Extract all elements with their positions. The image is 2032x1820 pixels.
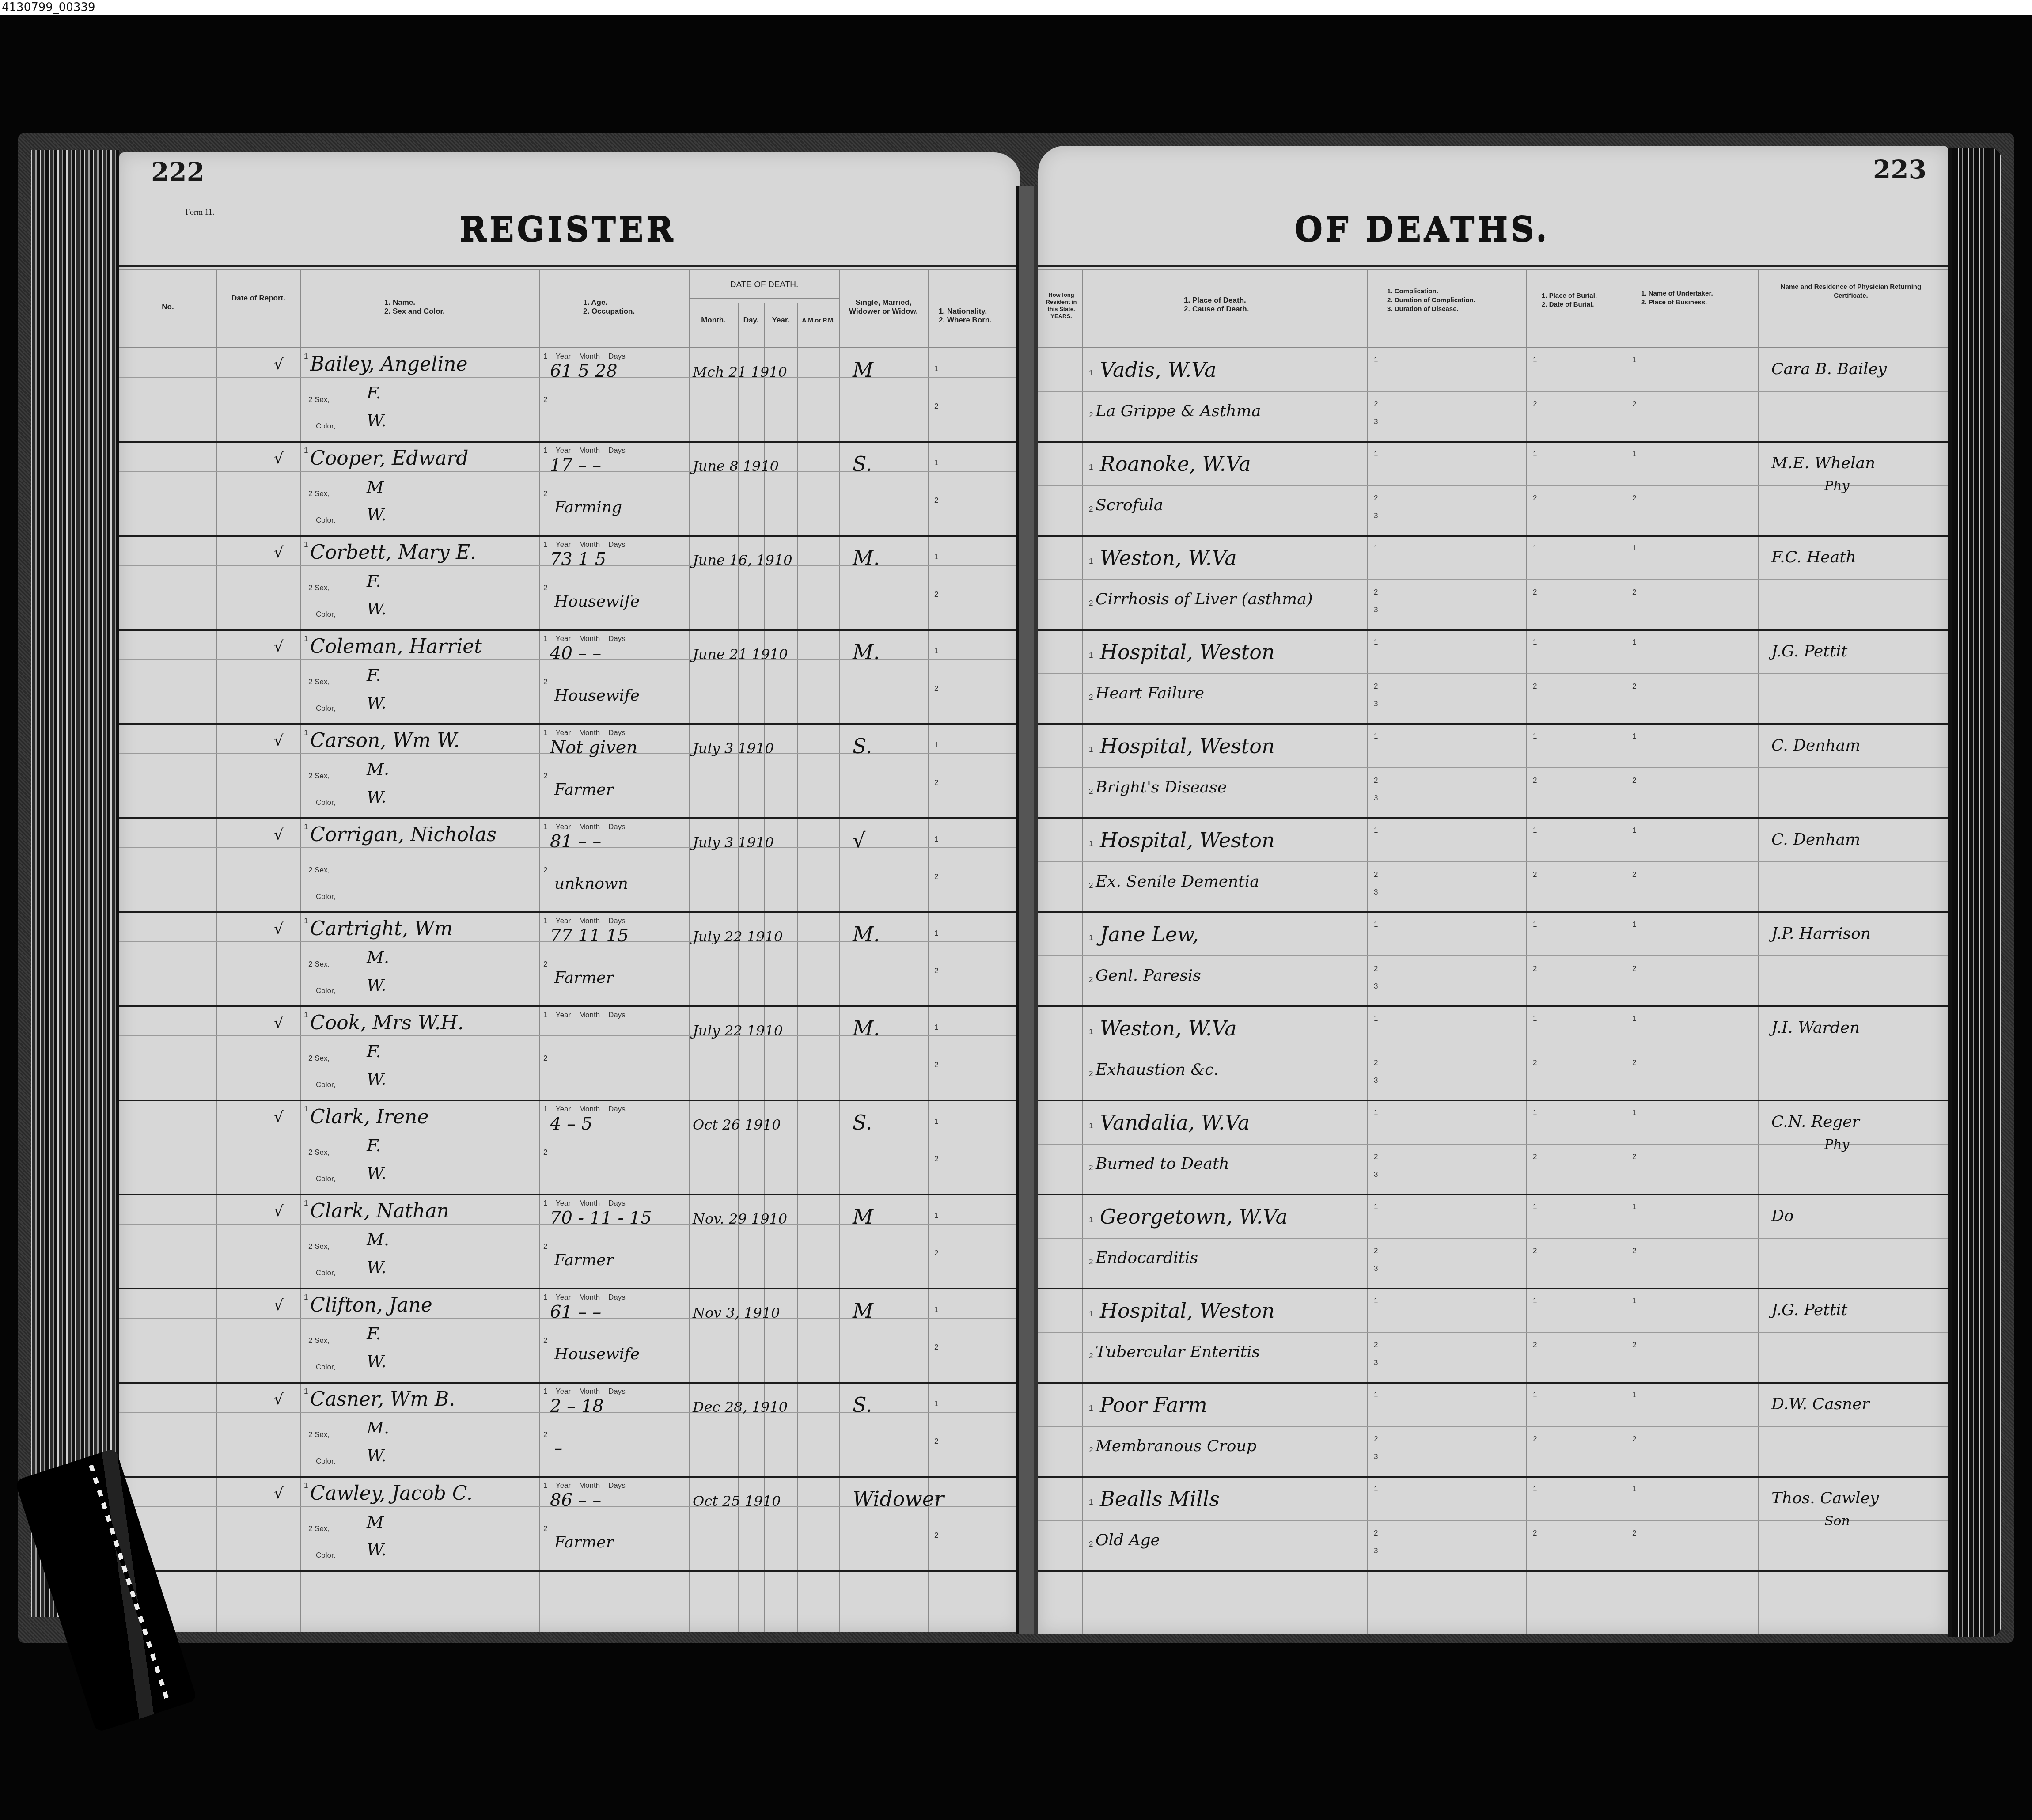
check-mark: √ — [274, 1391, 284, 1408]
complication-line-2: 2 — [1374, 494, 1378, 503]
complication-line-3: 3 — [1374, 606, 1378, 614]
age-units-label: 1 Year Month Days — [543, 728, 626, 737]
line-1-label: 1 — [1089, 745, 1093, 754]
nationality-line-1: 1 — [934, 459, 938, 467]
line-2-label: 2 — [543, 1524, 547, 1533]
death-date-value: Oct 25 1910 — [693, 1493, 781, 1509]
marital-status-value: M. — [853, 1016, 880, 1040]
physician-note-value: Son — [1824, 1513, 1850, 1529]
color-label: Color, — [316, 1457, 335, 1466]
nationality-line-2: 2 — [934, 778, 938, 787]
nationality-line-1: 1 — [934, 1305, 938, 1314]
line-1-label: 1 — [1089, 1310, 1093, 1319]
row-subline — [1038, 767, 1948, 768]
row-subline — [1038, 485, 1948, 486]
physician-name-value: J.I. Warden — [1771, 1019, 1860, 1037]
row-subline — [1038, 1332, 1948, 1333]
complication-line-2: 2 — [1374, 1058, 1378, 1067]
line-2-label: 2 — [1089, 975, 1093, 984]
image-caption: 4130799_00339 — [0, 0, 2032, 15]
complication-line-2: 2 — [1374, 682, 1378, 691]
undertaker-line-1: 1 — [1632, 1297, 1636, 1305]
line-1-label: 1 — [304, 917, 308, 925]
header-residence: How long Resident in this State. YEARS. — [1040, 292, 1082, 320]
check-mark: √ — [274, 1202, 284, 1220]
place-of-death-value: Georgetown, W.Va — [1100, 1205, 1288, 1228]
table-row: √ 1 Corrigan, Nicholas 2 Sex, Color, 1 Y… — [119, 817, 1020, 913]
nationality-line-2: 2 — [934, 496, 938, 505]
color-value: W. — [367, 975, 387, 995]
place-of-death-value: Weston, W.Va — [1100, 546, 1237, 570]
undertaker-line-1: 1 — [1632, 732, 1636, 741]
occupation-value: Housewife — [554, 686, 640, 705]
physician-name-value: J.G. Pettit — [1771, 642, 1847, 660]
nationality-line-2: 2 — [934, 1061, 938, 1069]
undertaker-line-2: 2 — [1632, 400, 1636, 409]
burial-line-1: 1 — [1533, 638, 1537, 647]
sex-value: M — [367, 477, 384, 497]
table-row: √ 1 Clark, Nathan 2 Sex, M. Color, W. 1 … — [119, 1194, 1020, 1289]
undertaker-line-1: 1 — [1632, 1391, 1636, 1399]
line-2-label: 2 — [543, 1430, 547, 1439]
burial-line-1: 1 — [1533, 920, 1537, 929]
place-of-death-value: Hospital, Weston — [1100, 1299, 1275, 1323]
complication-line-2: 2 — [1374, 588, 1378, 597]
undertaker-line-1: 1 — [1632, 1202, 1636, 1211]
line-2-label: 2 — [543, 772, 547, 781]
color-value: W. — [367, 787, 387, 807]
row-subline — [1038, 673, 1948, 674]
age-units-label: 1 Year Month Days — [543, 823, 626, 831]
check-mark: √ — [274, 1108, 284, 1126]
complication-line-2: 2 — [1374, 870, 1378, 879]
line-2-label: 2 — [543, 1242, 547, 1251]
age-units-label: 1 Year Month Days — [543, 1481, 626, 1490]
table-row: 1 Jane Lew, 2 Genl. Paresis 1 2 3 1 2 1 … — [1038, 911, 1948, 1007]
burial-line-1: 1 — [1533, 1108, 1537, 1117]
date-of-death-subrule — [689, 298, 839, 299]
complication-line-1: 1 — [1374, 1014, 1378, 1023]
table-row: 1 Georgetown, W.Va 2 Endocarditis 1 2 3 … — [1038, 1194, 1948, 1289]
line-2-label: 2 — [543, 1336, 547, 1345]
complication-line-1: 1 — [1374, 1485, 1378, 1494]
row-subline — [119, 1035, 1020, 1036]
place-of-death-value: Vadis, W.Va — [1100, 358, 1217, 382]
color-value: W. — [367, 1258, 387, 1277]
burial-line-2: 2 — [1533, 964, 1537, 973]
line-2-label: 2 — [1089, 1258, 1093, 1266]
color-value: W. — [367, 1540, 387, 1559]
line-1-label: 1 — [1089, 463, 1093, 472]
undertaker-line-2: 2 — [1632, 1341, 1636, 1350]
marital-status-value: S. — [853, 1111, 872, 1134]
age-units-label: 1 Year Month Days — [543, 1011, 626, 1020]
burial-line-2: 2 — [1533, 1435, 1537, 1444]
check-mark: √ — [274, 1485, 284, 1502]
table-row: 1 Vandalia, W.Va 2 Burned to Death 1 2 3… — [1038, 1100, 1948, 1195]
marital-status-value: M — [853, 1299, 873, 1323]
deceased-name: Cooper, Edward — [310, 447, 468, 470]
nationality-line-2: 2 — [934, 590, 938, 599]
complication-line-3: 3 — [1374, 1170, 1378, 1179]
complication-line-3: 3 — [1374, 417, 1378, 426]
physician-note-value: Phy — [1824, 1137, 1849, 1153]
table-row: 1 Hospital, Weston 2 Ex. Senile Dementia… — [1038, 817, 1948, 913]
physician-note-value: Phy — [1824, 478, 1849, 494]
nationality-line-1: 1 — [934, 835, 938, 844]
physician-name-value: M.E. Whelan — [1771, 454, 1875, 472]
age-value: 70 - 11 - 15 — [550, 1208, 652, 1228]
color-label: Color, — [316, 1363, 335, 1372]
line-2-label: 2 — [543, 678, 547, 686]
age-value: 81 – – — [550, 831, 601, 852]
marital-status-value: M — [853, 358, 873, 382]
color-label: Color, — [316, 1269, 335, 1278]
death-date-value: July 22 1910 — [693, 1022, 783, 1039]
color-value: W. — [367, 1164, 387, 1183]
age-value: 77 11 15 — [550, 925, 629, 946]
burial-line-2: 2 — [1533, 682, 1537, 691]
undertaker-line-1: 1 — [1632, 356, 1636, 364]
burial-line-2: 2 — [1533, 588, 1537, 597]
marital-status-value: M. — [853, 546, 880, 570]
cause-of-death-value: La Grippe & Asthma — [1096, 402, 1261, 420]
burial-line-2: 2 — [1533, 494, 1537, 503]
complication-line-3: 3 — [1374, 1264, 1378, 1273]
cause-of-death-value: Exhaustion &c. — [1096, 1061, 1219, 1079]
complication-line-3: 3 — [1374, 982, 1378, 991]
line-1-label: 1 — [304, 1105, 308, 1114]
burial-line-2: 2 — [1533, 1153, 1537, 1161]
color-label: Color, — [316, 704, 335, 713]
line-1-label: 1 — [304, 1481, 308, 1490]
cause-of-death-value: Scrofula — [1096, 496, 1163, 514]
physician-name-value: J.G. Pettit — [1771, 1301, 1847, 1319]
row-subline — [1038, 861, 1948, 862]
deceased-name: Casner, Wm B. — [310, 1388, 455, 1410]
nationality-line-2: 2 — [934, 872, 938, 881]
line-1-label: 1 — [304, 1387, 308, 1396]
row-subline — [1038, 579, 1948, 580]
line-2-label: 2 — [1089, 411, 1093, 420]
page-stack-left — [31, 150, 119, 1617]
deceased-name: Cawley, Jacob C. — [310, 1482, 473, 1505]
complication-line-2: 2 — [1374, 1341, 1378, 1350]
undertaker-line-1: 1 — [1632, 1014, 1636, 1023]
header-undertaker: 1. Name of Undertaker. 2. Place of Busin… — [1641, 289, 1756, 307]
burial-line-2: 2 — [1533, 400, 1537, 409]
place-of-death-value: Hospital, Weston — [1100, 640, 1275, 664]
death-date-value: Dec 28, 1910 — [693, 1399, 788, 1415]
color-value: W. — [367, 1069, 387, 1089]
physician-name-value: C. Denham — [1771, 736, 1860, 755]
table-row: 1 Roanoke, W.Va 2 Scrofula 1 2 3 1 2 1 2… — [1038, 441, 1948, 537]
complication-line-2: 2 — [1374, 1435, 1378, 1444]
row-subline — [1038, 391, 1948, 392]
line-2-label: 2 — [543, 489, 547, 498]
burial-line-1: 1 — [1533, 732, 1537, 741]
marital-status-value: √ — [853, 828, 865, 852]
burial-line-2: 2 — [1533, 776, 1537, 785]
death-date-value: June 16, 1910 — [693, 552, 792, 569]
sex-value: F. — [367, 571, 381, 591]
death-date-value: June 21 1910 — [693, 646, 788, 663]
header-ampm: A.M.or P.M. — [797, 316, 839, 325]
complication-line-1: 1 — [1374, 1202, 1378, 1211]
burial-line-1: 1 — [1533, 544, 1537, 553]
nationality-line-1: 1 — [934, 1399, 938, 1408]
line-2-label: 2 — [543, 866, 547, 875]
color-value: W. — [367, 693, 387, 713]
complication-line-1: 1 — [1374, 732, 1378, 741]
undertaker-line-1: 1 — [1632, 1108, 1636, 1117]
death-date-value: June 8 1910 — [693, 458, 779, 474]
line-1-label: 1 — [304, 1011, 308, 1020]
occupation-value: Farmer — [554, 1533, 614, 1551]
sex-label: 2 Sex, — [308, 1054, 330, 1063]
marital-status-value: S. — [853, 1393, 872, 1417]
row-subline — [1038, 1520, 1948, 1521]
line-1-label: 1 — [1089, 839, 1093, 848]
undertaker-line-2: 2 — [1632, 494, 1636, 503]
undertaker-line-2: 2 — [1632, 776, 1636, 785]
undertaker-line-2: 2 — [1632, 1435, 1636, 1444]
complication-line-2: 2 — [1374, 1247, 1378, 1255]
age-units-label: 1 Year Month Days — [543, 1105, 626, 1114]
sex-label: 2 Sex, — [308, 1336, 330, 1345]
cause-of-death-value: Genl. Paresis — [1096, 967, 1201, 985]
sex-value: M — [367, 1512, 384, 1532]
complication-line-3: 3 — [1374, 1452, 1378, 1461]
death-date-value: Nov. 29 1910 — [693, 1210, 787, 1227]
complication-line-1: 1 — [1374, 450, 1378, 459]
line-1-label: 1 — [1089, 1028, 1093, 1036]
right-page: 223 OF DEATHS. How long Resident in this… — [1038, 146, 1948, 1634]
row-subline — [1038, 1426, 1948, 1427]
complication-line-3: 3 — [1374, 1547, 1378, 1555]
age-units-label: 1 Year Month Days — [543, 1387, 626, 1396]
sex-label: 2 Sex, — [308, 772, 330, 781]
burial-line-1: 1 — [1533, 1391, 1537, 1399]
death-date-value: July 3 1910 — [693, 740, 774, 757]
place-of-death-value: Weston, W.Va — [1100, 1016, 1237, 1040]
page-number-left: 222 — [151, 157, 205, 187]
complication-line-1: 1 — [1374, 356, 1378, 364]
sex-value: M. — [367, 1230, 389, 1249]
table-row: √ 1 Casner, Wm B. 2 Sex, M. Color, W. 1 … — [119, 1382, 1020, 1478]
age-value: 86 – – — [550, 1490, 601, 1510]
deceased-name: Clark, Nathan — [310, 1200, 449, 1222]
table-row: 1 Hospital, Weston 2 Heart Failure 1 2 3… — [1038, 629, 1948, 725]
header-month: Month. — [689, 316, 738, 325]
physician-name-value: F.C. Heath — [1771, 548, 1856, 566]
undertaker-line-2: 2 — [1632, 682, 1636, 691]
undertaker-line-2: 2 — [1632, 1058, 1636, 1067]
line-1-label: 1 — [1089, 933, 1093, 942]
physician-name-value: Cara B. Bailey — [1771, 360, 1887, 378]
sex-label: 2 Sex, — [308, 866, 330, 875]
page-title-right: OF DEATHS. — [1294, 210, 1550, 248]
nationality-line-1: 1 — [934, 1023, 938, 1032]
line-2-label: 2 — [1089, 1446, 1093, 1455]
age-value: 17 – – — [550, 455, 601, 475]
color-value: W. — [367, 599, 387, 618]
deceased-name: Clark, Irene — [310, 1106, 428, 1128]
table-row: √ 1 Cooper, Edward 2 Sex, M Color, W. 1 … — [119, 441, 1020, 537]
sex-label: 2 Sex, — [308, 1524, 330, 1533]
color-label: Color, — [316, 516, 335, 525]
table-row: 1 Hospital, Weston 2 Tubercular Enteriti… — [1038, 1288, 1948, 1384]
header-marital: Single, Married, Widower or Widow. — [844, 298, 923, 316]
sex-label: 2 Sex, — [308, 1242, 330, 1251]
check-mark: √ — [274, 1014, 284, 1032]
complication-line-1: 1 — [1374, 1391, 1378, 1399]
nationality-line-2: 2 — [934, 402, 938, 411]
occupation-value: unknown — [554, 875, 628, 893]
line-1-label: 1 — [304, 1199, 308, 1208]
table-row: 1 Weston, W.Va 2 Exhaustion &c. 1 2 3 1 … — [1038, 1005, 1948, 1101]
check-mark: √ — [274, 826, 284, 844]
check-mark: √ — [274, 920, 284, 938]
check-mark: √ — [274, 638, 284, 656]
line-2-label: 2 — [1089, 1540, 1093, 1549]
header-date-of-report: Date of Report. — [225, 294, 292, 303]
age-value: 40 – – — [550, 643, 601, 664]
line-2-label: 2 — [543, 1054, 547, 1063]
header-name: 1. Name. 2. Sex and Color. — [384, 298, 517, 316]
nationality-line-2: 2 — [934, 684, 938, 693]
table-row: √ 1 Corbett, Mary E. 2 Sex, F. Color, W.… — [119, 535, 1020, 631]
undertaker-line-1: 1 — [1632, 638, 1636, 647]
complication-line-2: 2 — [1374, 400, 1378, 409]
line-1-label: 1 — [1089, 369, 1093, 378]
cause-of-death-value: Membranous Croup — [1096, 1437, 1257, 1455]
row-subline — [1038, 1238, 1948, 1239]
death-date-value: Oct 26 1910 — [693, 1116, 781, 1133]
check-mark: √ — [274, 544, 284, 561]
cause-of-death-value: Heart Failure — [1096, 684, 1204, 702]
deceased-name: Corbett, Mary E. — [310, 541, 476, 564]
line-2-label: 2 — [1089, 599, 1093, 608]
complication-line-2: 2 — [1374, 1153, 1378, 1161]
burial-line-1: 1 — [1533, 450, 1537, 459]
line-1-label: 1 — [304, 352, 308, 361]
undertaker-line-1: 1 — [1632, 544, 1636, 553]
left-page: 222 Form 11. REGISTER No. Date of Report… — [119, 152, 1020, 1632]
sex-value: M. — [367, 759, 389, 779]
occupation-value: Farmer — [554, 781, 614, 799]
color-label: Color, — [316, 1175, 335, 1183]
deceased-name: Cartright, Wm — [310, 918, 453, 940]
table-row: 1 Vadis, W.Va 2 La Grippe & Asthma 1 2 3… — [1038, 347, 1948, 443]
check-mark: √ — [274, 1297, 284, 1314]
marital-status-value: Widower — [853, 1487, 944, 1511]
sex-value: F. — [367, 665, 381, 685]
age-units-label: 1 Year Month Days — [543, 1199, 626, 1208]
deceased-name: Bailey, Angeline — [310, 353, 468, 375]
row-subline — [1038, 1050, 1948, 1050]
nationality-line-2: 2 — [934, 1249, 938, 1258]
check-mark: √ — [274, 450, 284, 467]
header-burial: 1. Place of Burial. 2. Date of Burial. — [1542, 292, 1626, 309]
page-title-left: REGISTER — [459, 210, 676, 248]
death-date-value: Mch 21 1910 — [693, 364, 787, 380]
place-of-death-value: Hospital, Weston — [1100, 734, 1275, 758]
sex-value: F. — [367, 383, 381, 402]
complication-line-3: 3 — [1374, 794, 1378, 803]
line-2-label: 2 — [1089, 693, 1093, 702]
age-value: 4 – 5 — [550, 1114, 592, 1134]
color-label: Color, — [316, 798, 335, 807]
deceased-name: Coleman, Harriet — [310, 635, 482, 658]
table-row: √ 1 Cawley, Jacob C. 2 Sex, M Color, W. … — [119, 1476, 1020, 1572]
line-2-label: 2 — [543, 1148, 547, 1157]
sex-label: 2 Sex, — [308, 489, 330, 498]
header-complication: 1. Complication. 2. Duration of Complica… — [1387, 287, 1520, 314]
death-date-value: July 22 1910 — [693, 928, 783, 945]
complication-line-1: 1 — [1374, 920, 1378, 929]
nationality-line-2: 2 — [934, 967, 938, 975]
table-row: 1 Poor Farm 2 Membranous Croup 1 2 3 1 2… — [1038, 1382, 1948, 1478]
burial-line-1: 1 — [1533, 1485, 1537, 1494]
physician-name-value: C. Denham — [1771, 830, 1860, 849]
color-label: Color, — [316, 986, 335, 995]
age-value: 61 – – — [550, 1302, 601, 1322]
line-1-label: 1 — [304, 634, 308, 643]
line-1-label: 1 — [1089, 1216, 1093, 1225]
undertaker-line-1: 1 — [1632, 450, 1636, 459]
occupation-value: Farming — [554, 498, 622, 516]
header-top-rule-2 — [119, 269, 1020, 270]
sex-label: 2 Sex, — [308, 1148, 330, 1157]
check-mark: √ — [274, 356, 284, 373]
line-1-label: 1 — [1089, 1498, 1093, 1507]
burial-line-2: 2 — [1533, 1529, 1537, 1538]
line-1-label: 1 — [304, 823, 308, 831]
physician-name-value: Do — [1771, 1207, 1794, 1225]
cause-of-death-value: Cirrhosis of Liver (asthma) — [1096, 590, 1313, 608]
undertaker-line-2: 2 — [1632, 870, 1636, 879]
line-2-label: 2 — [1089, 1164, 1093, 1172]
age-value: 2 – 18 — [550, 1396, 604, 1416]
color-label: Color, — [316, 422, 335, 431]
sex-value: M. — [367, 1418, 389, 1437]
physician-name-value: Thos. Cawley — [1771, 1489, 1879, 1507]
line-1-label: 1 — [304, 728, 308, 737]
marital-status-value: S. — [853, 734, 872, 758]
line-2-label: 2 — [1089, 881, 1093, 890]
deceased-name: Carson, Wm W. — [310, 729, 460, 752]
death-date-value: July 3 1910 — [693, 834, 774, 851]
physician-name-value: D.W. Casner — [1771, 1395, 1869, 1413]
complication-line-2: 2 — [1374, 964, 1378, 973]
burial-line-1: 1 — [1533, 1014, 1537, 1023]
age-units-label: 1 Year Month Days — [543, 352, 626, 361]
line-2-label: 2 — [1089, 1352, 1093, 1361]
line-1-label: 1 — [1089, 557, 1093, 566]
nationality-line-1: 1 — [934, 1494, 938, 1502]
marital-status-value: S. — [853, 452, 872, 476]
marital-status-value: M. — [853, 640, 880, 664]
line-1-label: 1 — [1089, 1404, 1093, 1413]
nationality-line-1: 1 — [934, 741, 938, 750]
nationality-line-2: 2 — [934, 1155, 938, 1164]
nationality-line-1: 1 — [934, 1117, 938, 1126]
age-value: 61 5 28 — [550, 361, 618, 381]
sex-label: 2 Sex, — [308, 584, 330, 592]
color-value: W. — [367, 411, 387, 430]
occupation-value: Farmer — [554, 1251, 614, 1269]
